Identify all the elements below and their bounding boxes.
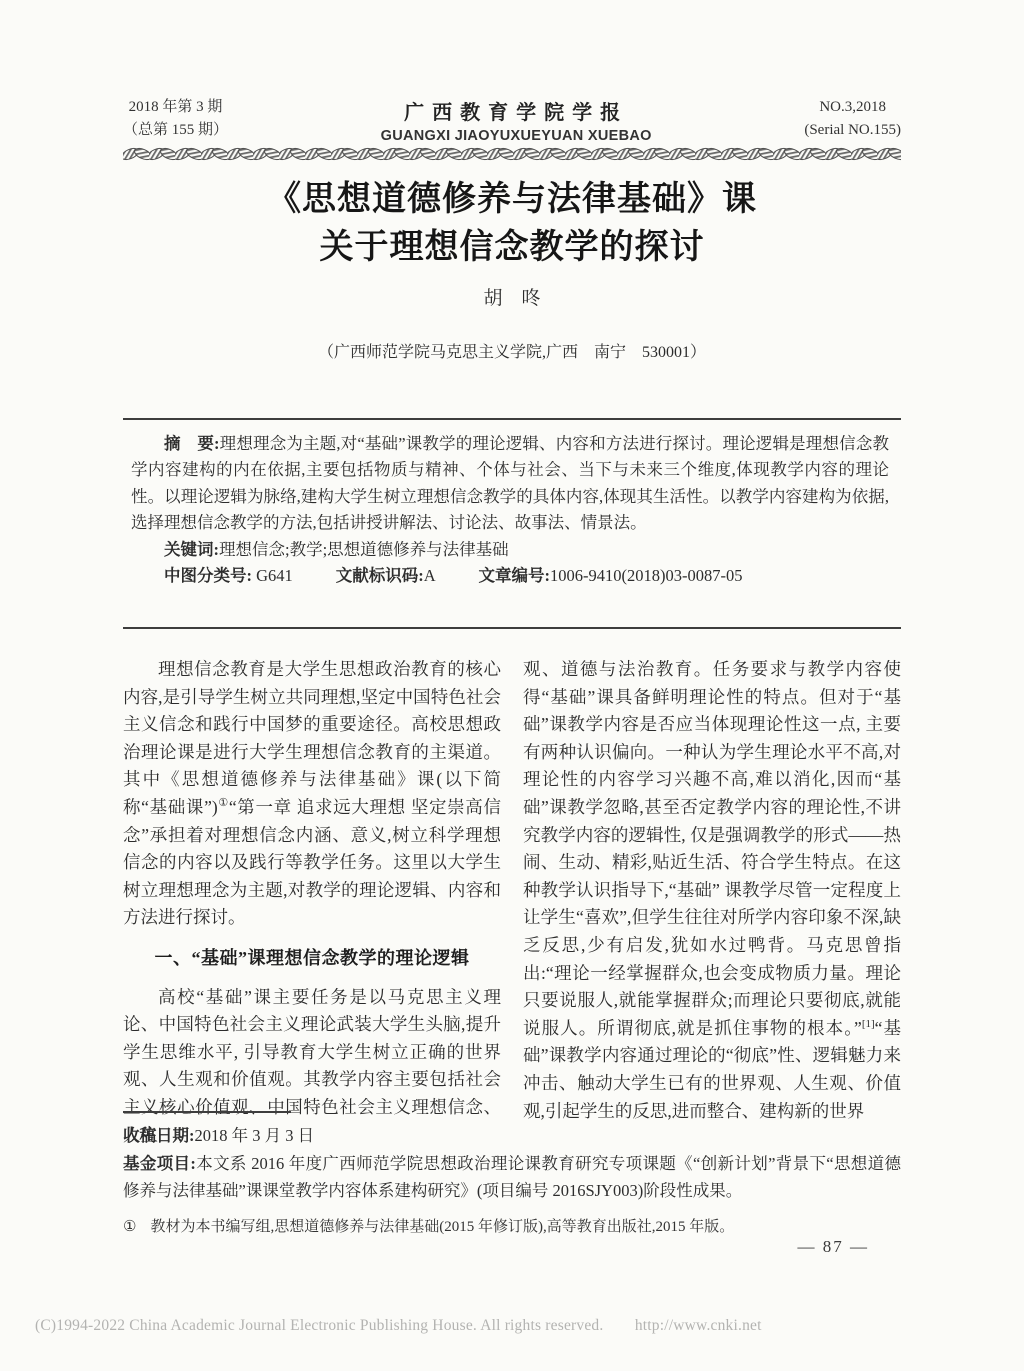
reference-marker: [1]	[862, 1018, 875, 1030]
section1-text: 高校“基础”课主要任务是以马克思主义理论、中国特色社会主义理论武装大学生头脑,提…	[123, 987, 501, 1145]
section-heading-1: 一、“基础”课理想信念教学的理论逻辑	[123, 945, 501, 973]
article-title-block: 《思想道德修养与法律基础》课 关于理想信念教学的探讨	[123, 176, 901, 272]
clc-segment: 中图分类号: G641	[164, 566, 293, 585]
author-name: 胡 咚	[123, 283, 901, 310]
right-column: 观、道德与法治教育。任务要求与教学内容使得“基础”课具备鲜明理论性的特点。但对于…	[523, 656, 901, 1149]
article-title-line1: 《思想道德修养与法律基础》课	[123, 176, 901, 224]
abstract-section: 摘 要:理想理念为主题,对“基础”课教学的理论逻辑、内容和方法进行探讨。理论逻辑…	[131, 431, 889, 589]
clc-value: G641	[256, 566, 293, 585]
journal-name: 广西教育学院学报	[228, 96, 804, 125]
keywords-text: 理想信念;教学;思想道德修养与法律基础	[219, 540, 509, 559]
doc-code-value: A	[424, 566, 436, 585]
classification-line: 中图分类号: G641文献标识码:A文章编号:1006-9410(2018)03…	[131, 563, 889, 589]
abstract-top-rule	[123, 418, 901, 420]
abstract-label: 摘 要:	[164, 434, 220, 453]
article-id-label: 文章编号:	[479, 566, 551, 585]
article-id-value: 1006-9410(2018)03-0087-05	[550, 566, 742, 585]
abstract-paragraph: 摘 要:理想理念为主题,对“基础”课教学的理论逻辑、内容和方法进行探讨。理论逻辑…	[131, 431, 889, 537]
copyright-notice: (C)1994-2022 China Academic Journal Elec…	[35, 1313, 995, 1335]
footnote-line-marker: ①	[123, 1219, 136, 1235]
continuation-text-before-ref: 观、道德与法治教育。任务要求与教学内容使得“基础”课具备鲜明理论性的特点。但对于…	[523, 659, 901, 1038]
keywords-line: 关键词:理想信念;教学;思想道德修养与法律基础	[131, 537, 889, 563]
decorative-rope-divider-icon	[123, 146, 901, 162]
journal-name-block: 广西教育学院学报 GUANGXI JIAOYUXUEYUAN XUEBAO	[228, 96, 804, 144]
intro-text-before-note: 理想信念教育是大学生思想政治教育的核心内容,是引导学生树立共同理想,坚定中国特色…	[123, 659, 501, 817]
footnote-separator-rule	[123, 1111, 291, 1113]
serial-number-cn: （总第 155 期）	[123, 119, 228, 142]
author-affiliation: （广西师范学院马克思主义学院,广西 南宁 530001）	[123, 339, 901, 362]
doc-code-segment: 文献标识码:A	[336, 566, 436, 585]
received-date-value: 2018 年 3 月 3 日	[195, 1126, 315, 1145]
doc-code-label: 文献标识码:	[336, 566, 424, 585]
continuation-paragraph: 观、道德与法治教育。任务要求与教学内容使得“基础”课具备鲜明理论性的特点。但对于…	[523, 656, 901, 1125]
footnote-marker: ①	[218, 797, 229, 809]
abstract-bottom-rule	[123, 627, 901, 629]
serial-number-en: (Serial NO.155)	[804, 119, 901, 142]
fund-project-line: 基金项目:本文系 2016 年度广西师范学院思想政治理论课教育研究专项课题《“创…	[123, 1150, 901, 1205]
article-body: 理想信念教育是大学生思想政治教育的核心内容,是引导学生树立共同理想,坚定中国特色…	[123, 656, 901, 1149]
footnote-line-text: 教材为本书编写组,思想道德修养与法律基础(2015 年修订版),高等教育出版社,…	[150, 1219, 734, 1235]
article-title-line2: 关于理想信念教学的探讨	[123, 224, 901, 272]
abstract-text: 理想理念为主题,对“基础”课教学的理论逻辑、内容和方法进行探讨。理论逻辑是理想信…	[131, 434, 889, 532]
issue-number-cn: 2018 年第 3 期	[123, 96, 228, 119]
keywords-label: 关键词:	[164, 540, 219, 559]
received-date-line: 收稿日期:2018 年 3 月 3 日	[123, 1122, 901, 1150]
journal-name-pinyin: GUANGXI JIAOYUXUEYUAN XUEBAO	[228, 128, 804, 144]
journal-page: 2018 年第 3 期 （总第 155 期） 广西教育学院学报 GUANGXI …	[0, 0, 1024, 1371]
article-id-segment: 文章编号:1006-9410(2018)03-0087-05	[479, 566, 743, 585]
issue-number-en: NO.3,2018	[804, 96, 901, 119]
issue-info-en: NO.3,2018 (Serial NO.155)	[804, 96, 901, 142]
fund-project-value: 本文系 2016 年度广西师范学院思想政治理论课教育研究专项课题《“创新计划”背…	[123, 1154, 901, 1201]
received-date-label: 收稿日期:	[123, 1126, 195, 1145]
page-number: — 87 —	[123, 1237, 901, 1257]
issue-info-cn: 2018 年第 3 期 （总第 155 期）	[123, 96, 228, 142]
intro-paragraph: 理想信念教育是大学生思想政治教育的核心内容,是引导学生树立共同理想,坚定中国特色…	[123, 656, 501, 932]
left-column: 理想信念教育是大学生思想政治教育的核心内容,是引导学生树立共同理想,坚定中国特色…	[123, 656, 501, 1149]
fund-project-label: 基金项目:	[123, 1154, 196, 1173]
journal-masthead: 2018 年第 3 期 （总第 155 期） 广西教育学院学报 GUANGXI …	[123, 96, 901, 144]
article-meta-block: 收稿日期:2018 年 3 月 3 日 基金项目:本文系 2016 年度广西师范…	[123, 1122, 901, 1241]
clc-label: 中图分类号:	[164, 566, 252, 585]
